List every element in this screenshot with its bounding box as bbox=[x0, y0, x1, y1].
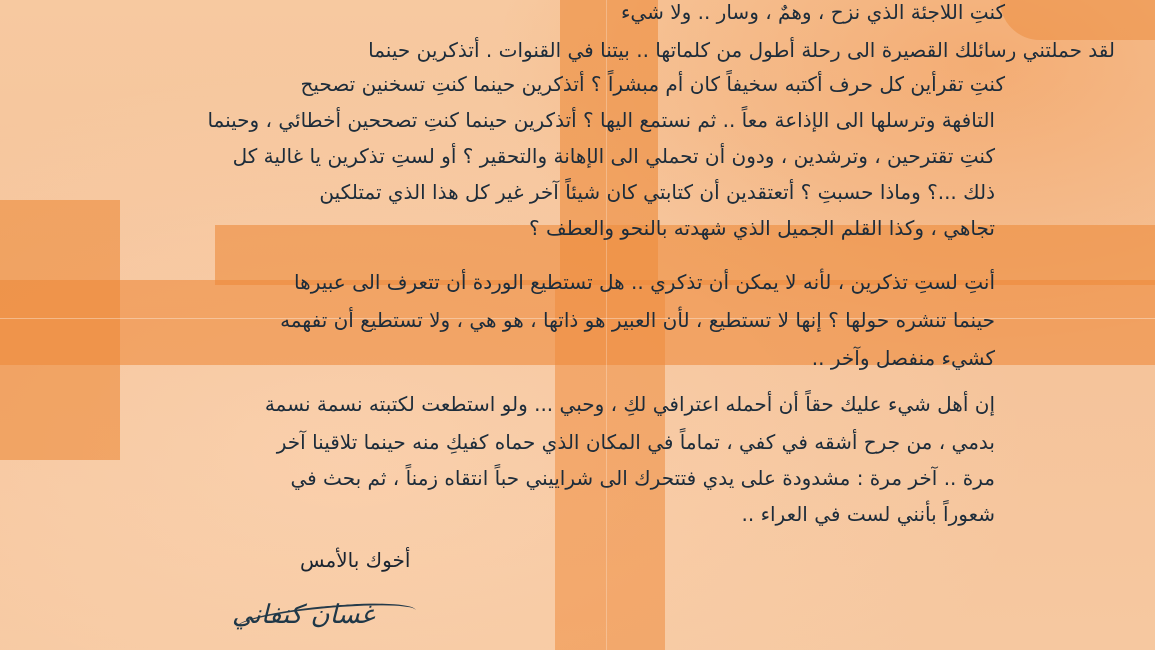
letter-line: كنتِ اللاجئة الذي نزح ، وهمٌ ، وسار .. و… bbox=[621, 0, 1005, 24]
letter-line: حينما تنشره حولها ؟ إنها لا تستطيع ، لأن… bbox=[280, 308, 995, 332]
letter-line: ذلك ...؟ وماذا حسبتِ ؟ أتعتقدين أن كتابت… bbox=[319, 180, 995, 204]
letter-closing: أخوك بالأمس bbox=[300, 548, 410, 572]
letter-line: بدمي ، من جرح أشقه في كفي ، تماماً في ال… bbox=[277, 430, 995, 454]
letter-line: كنتِ تقترحين ، وترشدين ، ودون أن تحملي ا… bbox=[233, 144, 995, 168]
letter-line: كنتِ تقرأين كل حرف أكتبه سخيفاً كان أم م… bbox=[300, 72, 1005, 96]
letter-line: شعوراً بأنني لست في العراء .. bbox=[742, 502, 996, 526]
letter-line: لقد حملتني رسائلك القصيرة الى رحلة أطول … bbox=[368, 38, 1115, 62]
letter-line: التافهة وترسلها الى الإذاعة معاً .. ثم ن… bbox=[207, 108, 995, 132]
letter-line: مرة .. آخر مرة : مشدودة على يدي فتتحرك ا… bbox=[290, 466, 995, 490]
letter-line: كشيء منفصل وآخر .. bbox=[812, 346, 995, 370]
letter-line: إن أهل شيء عليك حقاً أن أحمله اعترافي لك… bbox=[265, 392, 995, 416]
letter-line: أنتِ لستِ تذكرين ، لأنه لا يمكن أن تذكري… bbox=[294, 270, 995, 294]
letter-body: كنتِ اللاجئة الذي نزح ، وهمٌ ، وسار .. و… bbox=[0, 0, 1155, 650]
signature: غسان كنفاني bbox=[232, 600, 374, 630]
letter-line: تجاهي ، وكذا القلم الجميل الذي شهدته بال… bbox=[529, 216, 995, 240]
